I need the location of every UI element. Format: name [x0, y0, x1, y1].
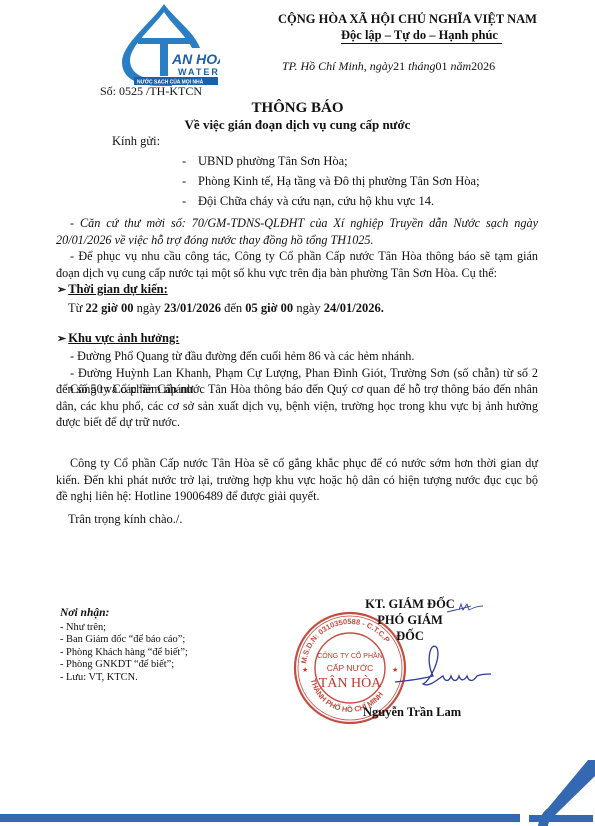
recipient-item: -Đội Chữa cháy và cứu nạn, cứu hộ khu vự… [182, 191, 480, 211]
document-title: THÔNG BÁO [0, 100, 595, 117]
place-date: TP. Hồ Chí Minh, ngày21 tháng01 năm2026 [282, 59, 495, 74]
end-date: 24/01/2026. [324, 301, 384, 315]
place-label: TP. Hồ Chí Minh, ngày [282, 59, 393, 73]
document-subtitle: Về việc gián đoạn dịch vụ cung cấp nước [0, 117, 595, 133]
arrow-bullet-icon: ➢ [57, 333, 66, 345]
receiver-item: - Phòng Khách hàng “để biết”; [60, 647, 188, 660]
time-heading: ➢Thời gian dự kiến: [57, 282, 168, 297]
signer-title-line1: KT. GIÁM ĐỐC [362, 596, 458, 612]
recipient-item: -UBND phường Tân Sơn Hòa; [182, 151, 480, 171]
svg-text:CÔNG TY CỔ PHẦN: CÔNG TY CỔ PHẦN [317, 650, 382, 660]
month-label: tháng [405, 59, 435, 73]
initial-mark-icon [445, 598, 485, 618]
end-time: 05 giờ 00 [245, 301, 293, 315]
handwritten-signature-icon [395, 640, 515, 700]
signer-title: KT. GIÁM ĐỐC PHÓ GIÁM ĐỐC [362, 596, 458, 644]
area-heading: ➢Khu vực ảnh hưởng: [57, 331, 179, 346]
date-year: 2026 [471, 59, 495, 73]
greeting: Kính gửi: [112, 134, 160, 149]
arrow-bullet-icon: ➢ [57, 284, 66, 296]
footer-accent-line [0, 814, 520, 822]
motto-underline [341, 43, 502, 44]
receiver-item: - Như trên; [60, 622, 188, 635]
national-title: CỘNG HÒA XÃ HỘI CHỦ NGHĨA VIỆT NAM [278, 12, 537, 27]
area-item: - Đường Phổ Quang từ đầu đường đến cuối … [56, 348, 538, 365]
receiver-item: - Lưu: VT, KTCN. [60, 672, 188, 685]
receivers-heading: Nơi nhận: [60, 607, 188, 620]
document-number: Số: 0525 /TH-KTCN [100, 84, 202, 99]
recipient-list: -UBND phường Tân Sơn Hòa; -Phòng Kinh tế… [182, 151, 480, 211]
receivers-block: Nơi nhận: - Như trên; - Ban Giám đốc “để… [60, 607, 188, 685]
svg-text:WATER: WATER [178, 67, 220, 77]
svg-text:CẤP NƯỚC: CẤP NƯỚC [327, 663, 374, 673]
national-motto: Độc lập – Tự do – Hạnh phúc [341, 28, 498, 43]
receiver-item: - Phòng GNKDT “để biết”; [60, 659, 188, 672]
date-month: 01 [435, 59, 447, 73]
company-logo: AN HOA WATER NƯỚC SẠCH CỦA MỌI NHÀ [112, 2, 220, 88]
time-range: Từ 22 giờ 00 ngày 23/01/2026 đến 05 giờ … [68, 301, 384, 316]
footer-slash-icon [470, 760, 595, 826]
year-label: năm [447, 59, 471, 73]
svg-text:★: ★ [302, 666, 308, 674]
receiver-item: - Ban Giám đốc “để báo cáo”; [60, 634, 188, 647]
commitment-paragraph: Công ty Cổ phần Cấp nước Tân Hòa sẽ cố g… [56, 455, 538, 505]
intro-paragraph: - Để phục vụ nhu cầu công tác, Công ty C… [56, 248, 538, 281]
recipient-item: -Phòng Kinh tế, Hạ tầng và Đô thị phường… [182, 171, 480, 191]
notify-paragraph: Công ty Cổ phần Cấp nước Tân Hòa thông b… [56, 381, 538, 431]
date-day: 21 [393, 59, 405, 73]
svg-text:AN HOA: AN HOA [171, 51, 220, 67]
start-date: 23/01/2026 [164, 301, 221, 315]
water-drop-logo-icon: AN HOA WATER NƯỚC SẠCH CỦA MỌI NHÀ [112, 2, 220, 88]
start-time: 22 giờ 00 [86, 301, 134, 315]
basis-paragraph: - Căn cứ thư mời số: 70/GM-TDNS-QLĐHT củ… [56, 215, 538, 248]
closing-line: Trân trọng kính chào./. [68, 512, 182, 527]
svg-text:TÂN HÒA: TÂN HÒA [319, 674, 382, 691]
signer-name: Nguyễn Trần Lam [363, 705, 461, 720]
